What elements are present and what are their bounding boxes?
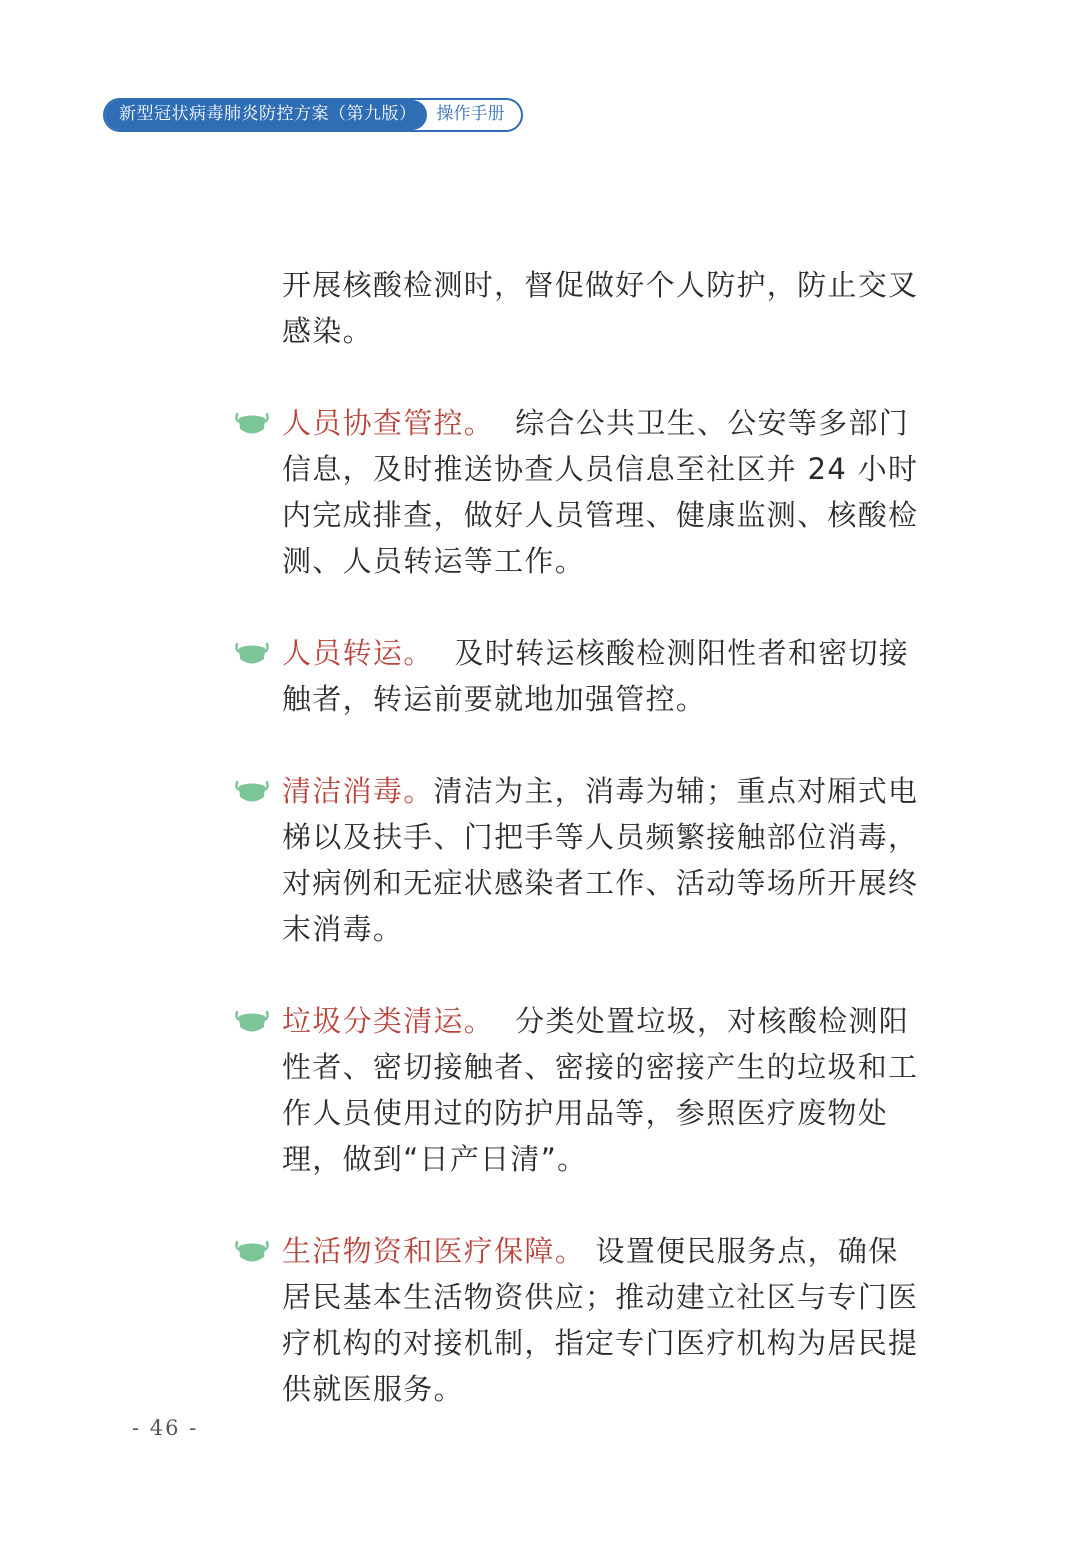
list-item: 生活物资和医疗保障。 设置便民服务点，确保居民基本生活物资供应；推动建立社区与专…: [282, 1228, 922, 1412]
document-title: 新型冠状病毒肺炎防控方案（第九版）: [105, 100, 427, 130]
mask-icon: [234, 1239, 270, 1265]
document-header-banner: 新型冠状病毒肺炎防控方案（第九版） 操作手册: [103, 98, 523, 132]
mask-icon: [234, 411, 270, 437]
item-heading: 人员转运。: [282, 636, 434, 670]
mask-icon: [234, 1009, 270, 1035]
document-subtitle: 操作手册: [427, 100, 521, 130]
mask-icon: [234, 641, 270, 667]
list-item: 人员协查管控。 综合公共卫生、公安等多部门信息，及时推送协查人员信息至社区并 2…: [282, 400, 922, 584]
item-heading: 垃圾分类清运。: [282, 1004, 494, 1038]
page-content: 开展核酸检测时，督促做好个人防护，防止交叉感染。 人员协查管控。 综合公共卫生、…: [282, 262, 922, 1412]
list-item: 人员转运。 及时转运核酸检测阳性者和密切接触者，转运前要就地加强管控。: [282, 630, 922, 722]
item-heading: 人员协查管控。: [282, 406, 494, 440]
item-heading: 清洁消毒。: [282, 774, 434, 808]
page-number: - 46 -: [132, 1416, 198, 1440]
list-item: 清洁消毒。清洁为主，消毒为辅；重点对厢式电梯以及扶手、门把手等人员频繁接触部位消…: [282, 768, 922, 952]
list-item: 垃圾分类清运。 分类处置垃圾，对核酸检测阳性者、密切接触者、密接的密接产生的垃圾…: [282, 998, 922, 1182]
item-heading: 生活物资和医疗保障。: [282, 1234, 585, 1268]
lead-paragraph: 开展核酸检测时，督促做好个人防护，防止交叉感染。: [282, 262, 922, 354]
mask-icon: [234, 779, 270, 805]
